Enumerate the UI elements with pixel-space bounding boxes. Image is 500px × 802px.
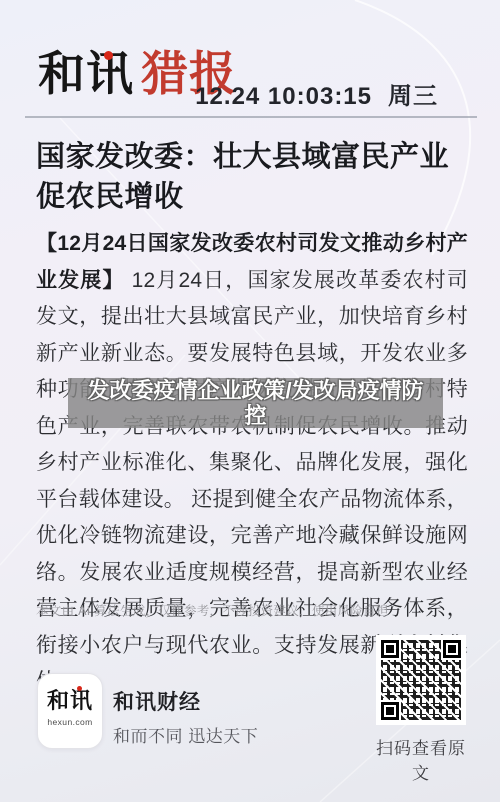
timestamp-datetime: 12.24 10:03:15 bbox=[195, 83, 372, 110]
watermark-overlay: 发改委疫情企业政策/发改局疫情防控 bbox=[68, 378, 443, 428]
brand-dot-icon bbox=[104, 51, 113, 60]
app-icon-logo: 和讯 bbox=[38, 689, 102, 713]
qr-finder-bottom-left-icon bbox=[381, 702, 399, 720]
timestamp-weekday: 周三 bbox=[388, 83, 438, 110]
timestamp: 12.24 10:03:15周三 bbox=[195, 76, 438, 111]
qr-code bbox=[378, 637, 464, 723]
app-icon-domain: hexun.com bbox=[38, 717, 102, 727]
watermark-text: 发改委疫情企业政策/发改局疫情防控 bbox=[84, 378, 428, 428]
brand-text-black: 和讯 bbox=[38, 47, 134, 100]
qr-finder-top-left-icon bbox=[381, 640, 399, 658]
qr-caption: 扫码查看原文 bbox=[368, 734, 474, 784]
news-card: 和讯猎报 12.24 10:03:15周三 国家发改委：壮大县域富民产业 促农民… bbox=[0, 0, 500, 802]
app-icon: 和讯 hexun.com bbox=[37, 673, 103, 749]
footer-brand-name: 和讯财经 bbox=[113, 686, 201, 716]
app-icon-dot-icon bbox=[77, 686, 82, 691]
ai-disclaimer: 本文由 AI 算法生成，仅作参考，不涉投资建议，使用风险自担 bbox=[36, 601, 389, 619]
article-body: 【12月24日国家发改委农村司发文推动乡村产业发展】 12月24日，国家发展改革… bbox=[36, 226, 468, 701]
footer-slogan: 和而不同 迅达天下 bbox=[113, 722, 258, 747]
article-body-text: 12月24日，国家发展改革委农村司发文，提出壮大县域富民产业，加快培育乡村新产业… bbox=[36, 269, 468, 694]
article-title: 国家发改委：壮大县域富民产业 促农民增收 bbox=[36, 138, 472, 217]
header-divider bbox=[25, 116, 477, 118]
qr-finder-top-right-icon bbox=[443, 640, 461, 658]
app-icon-logo-text: 和讯 bbox=[47, 688, 93, 713]
